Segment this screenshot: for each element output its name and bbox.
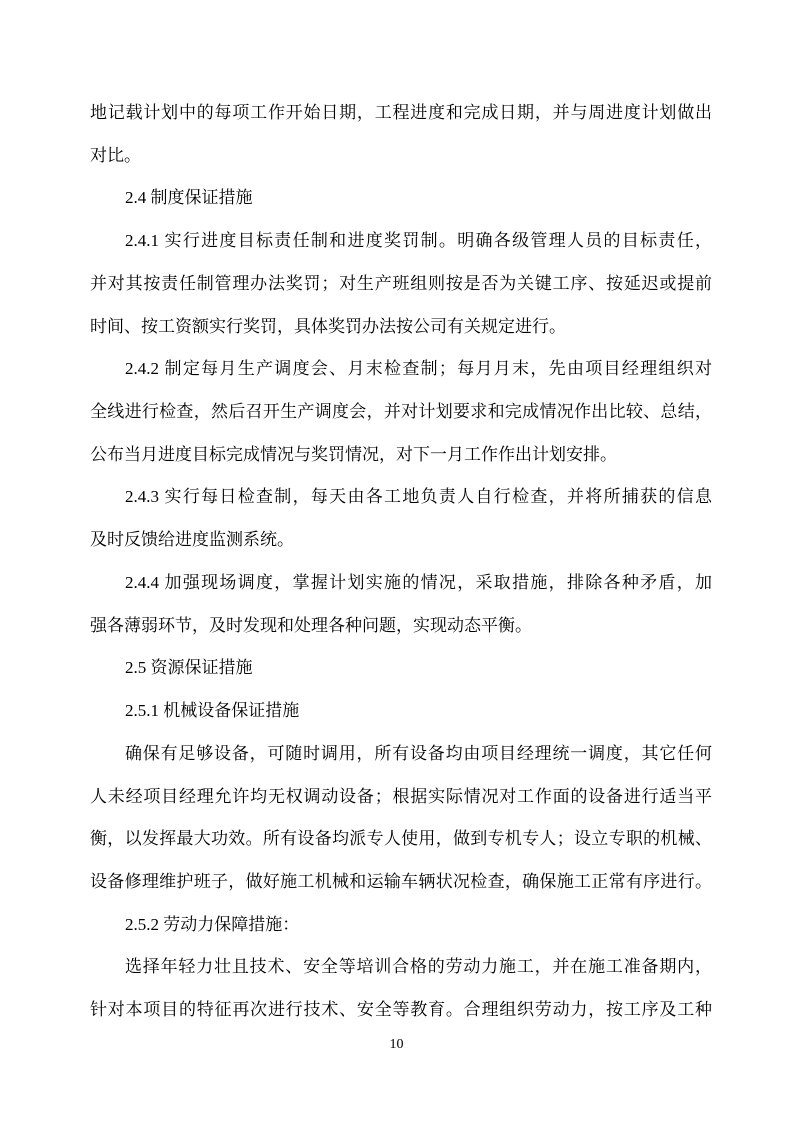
section-heading-2-5: 2.5 资源保证措施 [90, 647, 712, 690]
text-line: 确保有足够设备，可随时调用，所有设备均由项目经理统一调度，其它任何 [90, 733, 712, 776]
section-heading-2-5-1: 2.5.1 机械设备保证措施 [90, 690, 712, 733]
text-line: 地记载计划中的每项工作开始日期，工程进度和完成日期，并与周进度计划做出 [90, 92, 712, 135]
text-line: 2.4.1 实行进度目标责任制和进度奖罚制。明确各级管理人员的目标责任， [90, 220, 712, 263]
paragraph-2-5-2-body: 选择年轻力壮且技术、安全等培训合格的劳动力施工，并在施工准备期内， 针对本项目的… [90, 946, 712, 1031]
heading-line: 2.4 制度保证措施 [90, 177, 712, 220]
text-line: 2.4.2 制定每月生产调度会、月末检查制；每月月末，先由项目经理组织对 [90, 348, 712, 391]
text-line: 时间、按工资额实行奖罚，具体奖罚办法按公司有关规定进行。 [90, 306, 712, 349]
text-line: 对比。 [90, 135, 712, 178]
section-heading-2-4: 2.4 制度保证措施 [90, 177, 712, 220]
paragraph-2-4-1: 2.4.1 实行进度目标责任制和进度奖罚制。明确各级管理人员的目标责任， 并对其… [90, 220, 712, 348]
text-line: 全线进行检查，然后召开生产调度会，并对计划要求和完成情况作出比较、总结， [90, 391, 712, 434]
text-line: 并对其按责任制管理办法奖罚；对生产班组则按是否为关键工序、按延迟或提前 [90, 263, 712, 306]
heading-line: 2.5.1 机械设备保证措施 [90, 690, 712, 733]
paragraph-2-4-2: 2.4.2 制定每月生产调度会、月末检查制；每月月末，先由项目经理组织对 全线进… [90, 348, 712, 476]
text-line: 2.4.4 加强现场调度，掌握计划实施的情况，采取措施，排除各种矛盾，加 [90, 562, 712, 605]
document-text-block: 地记载计划中的每项工作开始日期，工程进度和完成日期，并与周进度计划做出 对比。 … [90, 92, 712, 1032]
section-heading-2-5-2: 2.5.2 劳动力保障措施： [90, 904, 712, 947]
text-line: 设备修理维护班子，做好施工机械和运输车辆状况检查，确保施工正常有序进行。 [90, 861, 712, 904]
text-line: 针对本项目的特征再次进行技术、安全等教育。合理组织劳动力，按工序及工种 [90, 989, 712, 1032]
text-line: 人未经项目经理允许均无权调动设备；根据实际情况对工作面的设备进行适当平 [90, 776, 712, 819]
paragraph-continuation: 地记载计划中的每项工作开始日期，工程进度和完成日期，并与周进度计划做出 对比。 [90, 92, 712, 177]
text-line: 2.4.3 实行每日检查制，每天由各工地负责人自行检查，并将所捕获的信息 [90, 476, 712, 519]
text-line: 公布当月进度目标完成情况与奖罚情况，对下一月工作作出计划安排。 [90, 434, 712, 477]
heading-line: 2.5.2 劳动力保障措施： [90, 904, 712, 947]
heading-line: 2.5 资源保证措施 [90, 647, 712, 690]
paragraph-2-4-3: 2.4.3 实行每日检查制，每天由各工地负责人自行检查，并将所捕获的信息 及时反… [90, 476, 712, 561]
paragraph-2-5-1-body: 确保有足够设备，可随时调用，所有设备均由项目经理统一调度，其它任何 人未经项目经… [90, 733, 712, 904]
text-line: 强各薄弱环节，及时发现和处理各种问题，实现动态平衡。 [90, 605, 712, 648]
page-number: 10 [0, 1034, 793, 1056]
paragraph-2-4-4: 2.4.4 加强现场调度，掌握计划实施的情况，采取措施，排除各种矛盾，加 强各薄… [90, 562, 712, 647]
text-line: 选择年轻力壮且技术、安全等培训合格的劳动力施工，并在施工准备期内， [90, 946, 712, 989]
document-page: 地记载计划中的每项工作开始日期，工程进度和完成日期，并与周进度计划做出 对比。 … [0, 0, 793, 1122]
text-line: 及时反馈给进度监测系统。 [90, 519, 712, 562]
text-line: 衡，以发挥最大功效。所有设备均派专人使用，做到专机专人；设立专职的机械、 [90, 818, 712, 861]
